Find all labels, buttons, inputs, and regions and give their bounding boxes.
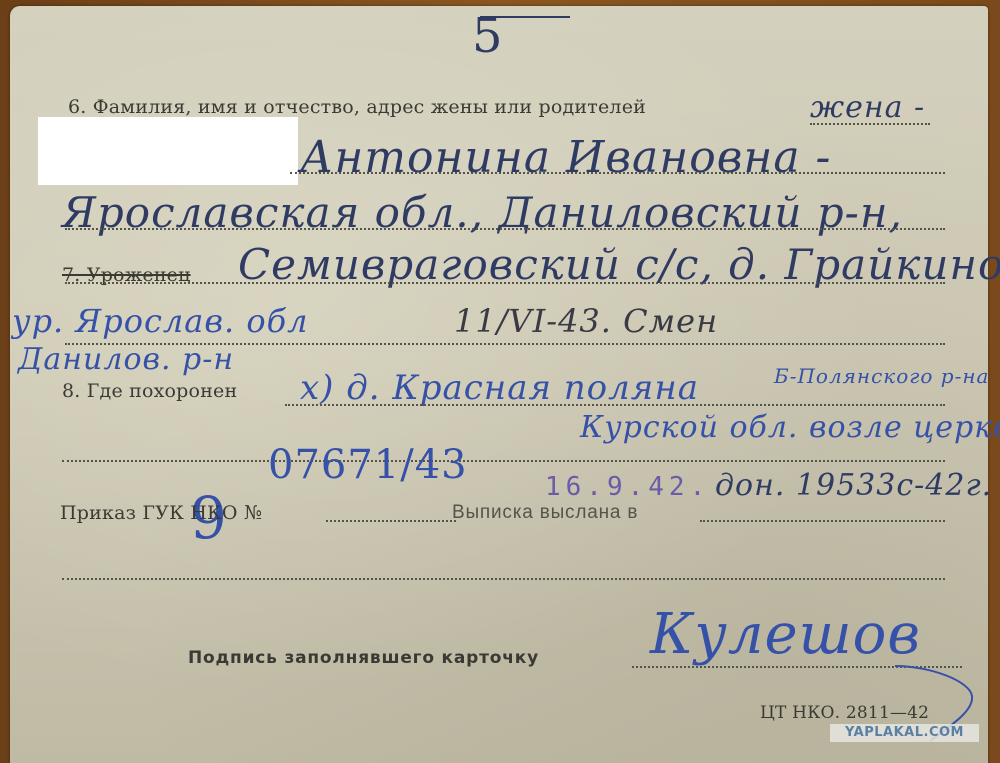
field6-dotline-1 [810, 123, 930, 125]
order-label: Приказ ГУК НКО № [60, 502, 262, 524]
order-dotline [326, 520, 456, 522]
extract-label: Выписка выслана в [452, 502, 638, 524]
watermark: YAPLAKAL.COM [830, 724, 979, 742]
field7-dotline-1 [65, 282, 945, 284]
field8-dotline-2 [62, 460, 945, 462]
field8-hand-region: Курской обл. возле церкви [580, 410, 1000, 445]
print-code: ЦТ НКО. 2811—42 [760, 703, 929, 723]
field6-dotline-2 [290, 172, 945, 174]
field8-hand-place: х) д. Красная поляна [300, 368, 699, 408]
field7-hand-date-note: 11/VI-43. Смен [454, 302, 718, 340]
field6-dotline-3 [65, 228, 945, 230]
extract-dotline [700, 520, 945, 522]
redacted-name [38, 117, 298, 185]
signature-label: Подпись заполнявшего карточку [188, 648, 539, 668]
field6-hand-name: Антонина Ивановна - [300, 132, 831, 183]
field6-label: 6. Фамилия, имя и отчество, адрес жены и… [68, 96, 646, 118]
page-number-underline [480, 16, 570, 18]
order-stamp-date: 16.9.42. [545, 472, 710, 502]
order-hand-doc: дон. 19533с-42г. [715, 468, 992, 503]
field6-hand-relation: жена - [810, 90, 925, 125]
record-card: 5 6. Фамилия, имя и отчество, адрес жены… [10, 6, 988, 763]
field7-hand-district: Данилов. р-н [18, 342, 234, 377]
field8-hand-district: Б-Полянского р-на [774, 364, 989, 388]
field8-dotline-1 [285, 404, 945, 406]
photo-background: 5 6. Фамилия, имя и отчество, адрес жены… [0, 0, 1000, 763]
order-dotline-2 [62, 578, 945, 580]
order-hand-number: 07671/43 [268, 442, 468, 488]
field7-hand-birthplace: ур. Ярослав. обл [12, 302, 309, 340]
signature: Кулешов [650, 602, 921, 667]
field8-label: 8. Где похоронен [62, 380, 237, 402]
